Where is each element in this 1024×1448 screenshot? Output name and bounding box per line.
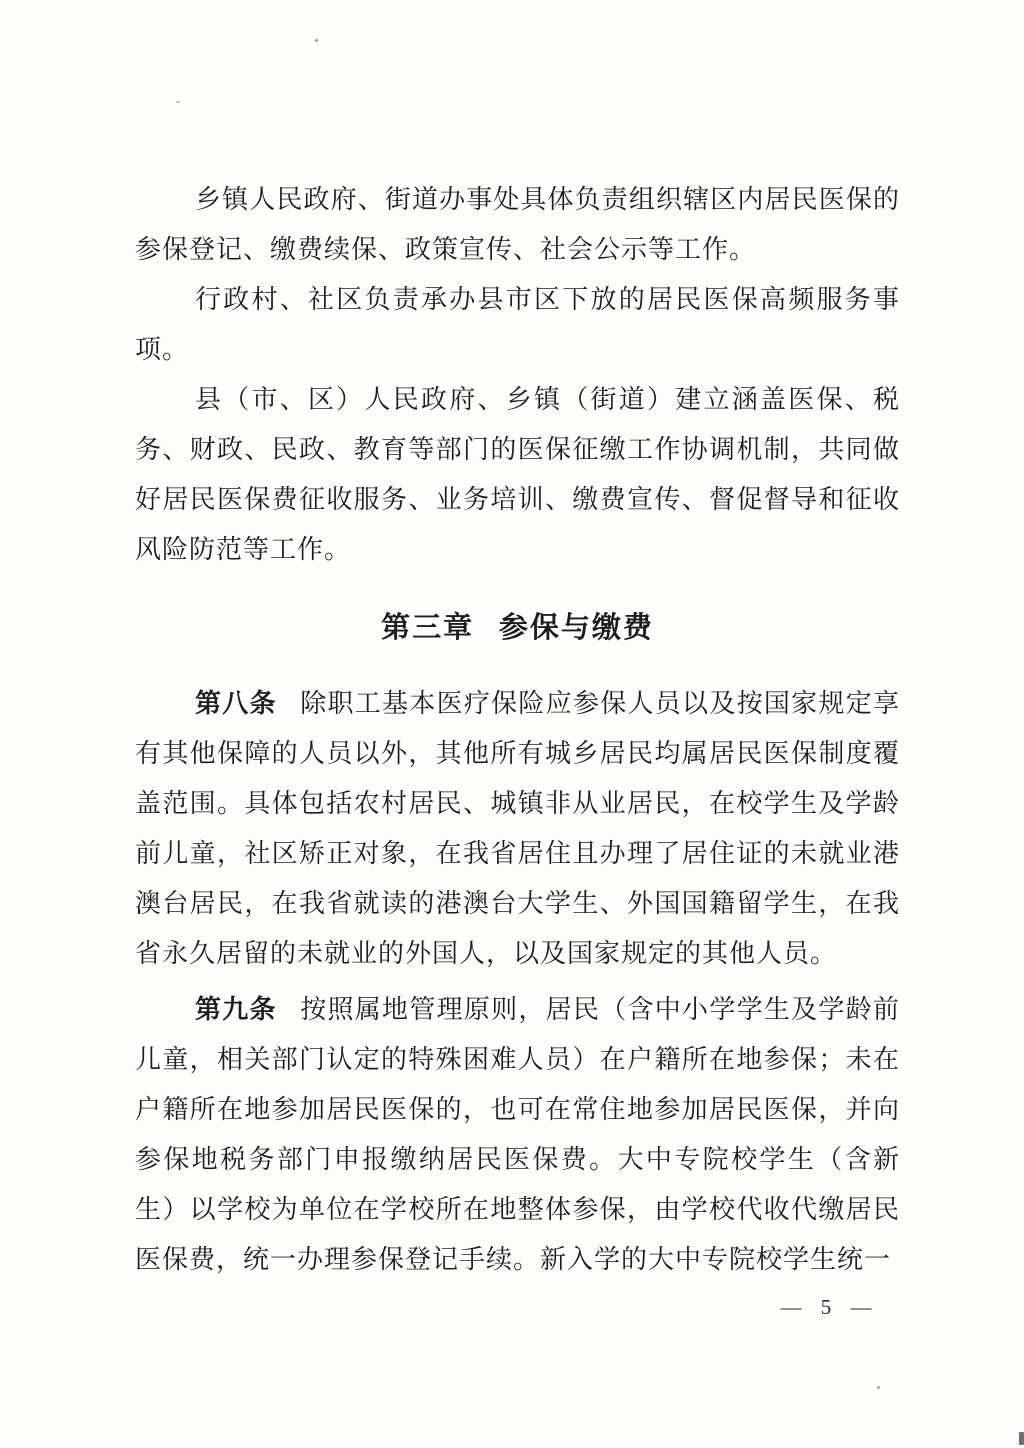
scan-speck [315, 39, 318, 42]
scan-edge-artifact [1019, 1432, 1024, 1445]
paragraph-article-8: 第八条除职工基本医疗保险应参保人员以及按国家规定享有其他保障的人员以外，其他所有… [135, 679, 900, 979]
chapter-title: 参保与缴费 [499, 612, 654, 644]
chapter-number: 第三章 [381, 612, 474, 644]
paragraph-coordination-mechanism: 县（市、区）人民政府、乡镇（街道）建立涵盖医保、税务、财政、民政、教育等部门的医… [135, 375, 900, 575]
paragraph-village-duties: 行政村、社区负责承办县市区下放的居民医保高频服务事项。 [135, 275, 900, 375]
scan-speck [176, 101, 180, 103]
paragraph-coordination-mechanism-text: 县（市、区）人民政府、乡镇（街道）建立涵盖医保、税务、财政、民政、教育等部门的医… [135, 385, 900, 564]
paragraph-township-duties: 乡镇人民政府、街道办事处具体负责组织辖区内居民医保的参保登记、缴费续保、政策宣传… [135, 175, 900, 275]
document-page: 乡镇人民政府、街道办事处具体负责组织辖区内居民医保的参保登记、缴费续保、政策宣传… [0, 0, 1024, 1448]
scan-speck [877, 1386, 880, 1389]
paragraph-township-duties-text: 乡镇人民政府、街道办事处具体负责组织辖区内居民医保的参保登记、缴费续保、政策宣传… [135, 185, 900, 264]
page-number: — 5 — [752, 1294, 902, 1320]
article-8-term: 第八条 [195, 689, 277, 718]
paragraph-village-duties-text: 行政村、社区负责承办县市区下放的居民医保高频服务事项。 [135, 285, 900, 364]
paragraph-article-9: 第九条按照属地管理原则，居民（含中小学学生及学龄前儿童，相关部门认定的特殊困难人… [135, 985, 900, 1285]
article-9-term: 第九条 [195, 995, 277, 1024]
article-9-body: 按照属地管理原则，居民（含中小学学生及学龄前儿童，相关部门认定的特殊困难人员）在… [135, 995, 900, 1274]
chapter-heading: 第三章参保与缴费 [135, 603, 900, 653]
article-8-body: 除职工基本医疗保险应参保人员以及按国家规定享有其他保障的人员以外，其他所有城乡居… [135, 689, 900, 968]
document-text-block: 乡镇人民政府、街道办事处具体负责组织辖区内居民医保的参保登记、缴费续保、政策宣传… [135, 175, 900, 1285]
